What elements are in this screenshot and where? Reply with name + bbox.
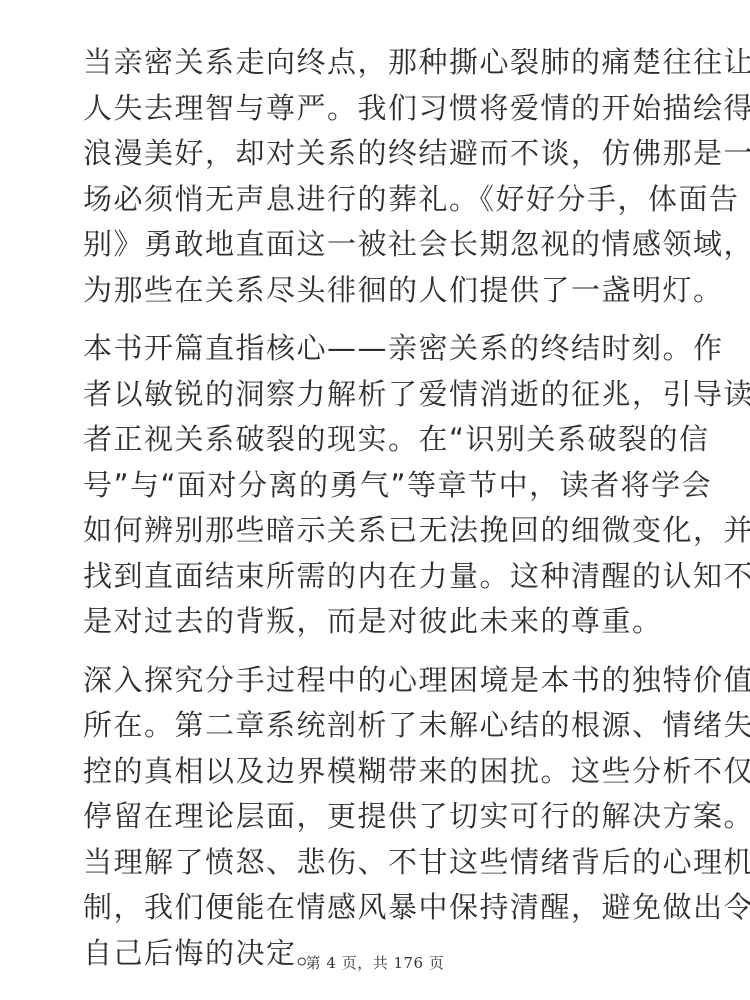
text-line: 为那些在关系尽头徘徊的人们提供了一盏明灯。 xyxy=(83,268,673,314)
text-line: 号”与“面对分离的勇气”等章节中，读者将学会 xyxy=(83,463,673,509)
text-line: 找到直面结束所需的内在力量。这种清醒的认知不 xyxy=(83,554,673,600)
paragraph-3: 深入探究分手过程中的心理困境是本书的独特价值 所在。第二章系统剖析了未解心结的根… xyxy=(83,658,673,977)
text-line: 控的真相以及边界模糊带来的困扰。这些分析不仅 xyxy=(83,749,673,795)
text-line: 当亲密关系走向终点，那种撕心裂肺的痛楚往往让 xyxy=(83,40,673,86)
text-line: 深入探究分手过程中的心理困境是本书的独特价值 xyxy=(83,658,673,704)
text-line: 者正视关系破裂的现实。在“识别关系破裂的信 xyxy=(83,417,673,463)
text-line: 场必须悄无声息进行的葬礼。《好好分手，体面告 xyxy=(83,177,673,223)
text-line: 停留在理论层面，更提供了切实可行的解决方案。 xyxy=(83,794,673,840)
text-line: 所在。第二章系统剖析了未解心结的根源、情绪失 xyxy=(83,703,673,749)
text-line: 如何辨别那些暗示关系已无法挽回的细微变化，并 xyxy=(83,508,673,554)
document-page: 当亲密关系走向终点，那种撕心裂肺的痛楚往往让 人失去理智与尊严。我们习惯将爱情的… xyxy=(83,40,673,989)
text-line: 当理解了愤怒、悲伤、不甘这些情绪背后的心理机 xyxy=(83,840,673,886)
text-line: 浪漫美好，却对关系的终结避而不谈，仿佛那是一 xyxy=(83,131,673,177)
text-line: 别》勇敢地直面这一被社会长期忽视的情感领域， xyxy=(83,222,673,268)
text-line: 是对过去的背叛，而是对彼此未来的尊重。 xyxy=(83,599,673,645)
paragraph-1: 当亲密关系走向终点，那种撕心裂肺的痛楚往往让 人失去理智与尊严。我们习惯将爱情的… xyxy=(83,40,673,313)
text-line: 本书开篇直指核心——亲密关系的终结时刻。作 xyxy=(83,326,673,372)
text-line: 者以敏锐的洞察力解析了爱情消逝的征兆，引导读 xyxy=(83,372,673,418)
text-line: 人失去理智与尊严。我们习惯将爱情的开始描绘得 xyxy=(83,86,673,132)
page-number-footer: 第 4 页，共 176 页 xyxy=(0,952,750,973)
paragraph-2: 本书开篇直指核心——亲密关系的终结时刻。作 者以敏锐的洞察力解析了爱情消逝的征兆… xyxy=(83,326,673,645)
text-line: 制，我们便能在情感风暴中保持清醒，避免做出令 xyxy=(83,885,673,931)
